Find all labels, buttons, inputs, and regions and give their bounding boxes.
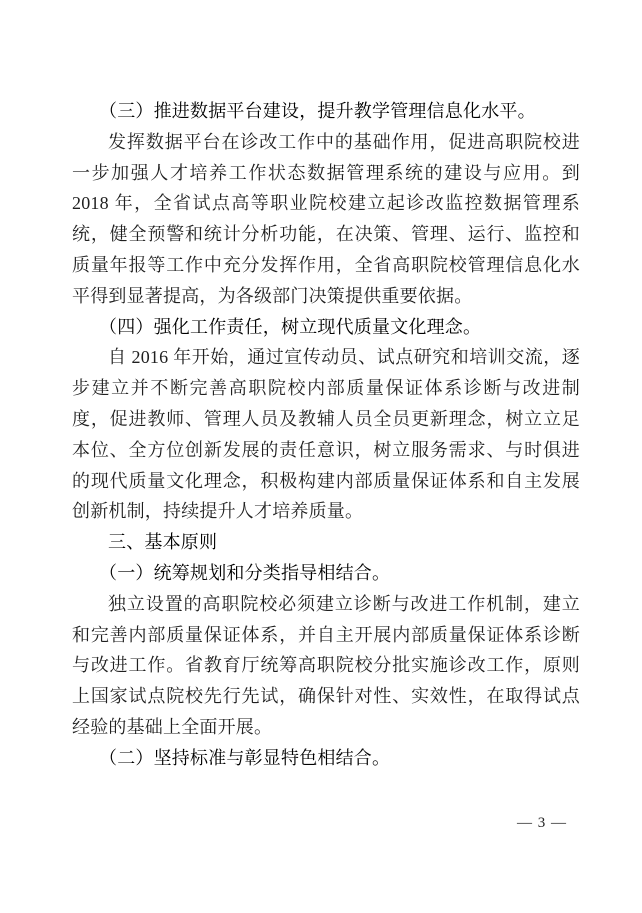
- paragraph-data-platform: 发挥数据平台在诊改工作中的基础作用，促进高职院校进一步加强人才培养工作状态数据管…: [72, 127, 580, 312]
- paragraph-quality-culture: 自 2016 年开始，通过宣传动员、试点研究和培训交流，逐步建立并不断完善高职院…: [72, 342, 580, 527]
- document-page: （三）推进数据平台建设，提升教学管理信息化水平。 发挥数据平台在诊改工作中的基础…: [0, 0, 642, 913]
- section-heading-basic-principles: 三、基本原则: [72, 527, 580, 558]
- clause-heading-3: （三）推进数据平台建设，提升教学管理信息化水平。: [72, 96, 580, 127]
- page-number: — 3 —: [517, 813, 567, 833]
- clause-heading-4: （四）强化工作责任，树立现代质量文化理念。: [72, 312, 580, 343]
- clause-heading-1: （一）统筹规划和分类指导相结合。: [72, 558, 580, 589]
- paragraph-overall-planning: 独立设置的高职院校必须建立诊断与改进工作机制，建立和完善内部质量保证体系，并自主…: [72, 589, 580, 743]
- document-body: （三）推进数据平台建设，提升教学管理信息化水平。 发挥数据平台在诊改工作中的基础…: [72, 96, 580, 774]
- clause-heading-2: （二）坚持标准与彰显特色相结合。: [72, 743, 580, 774]
